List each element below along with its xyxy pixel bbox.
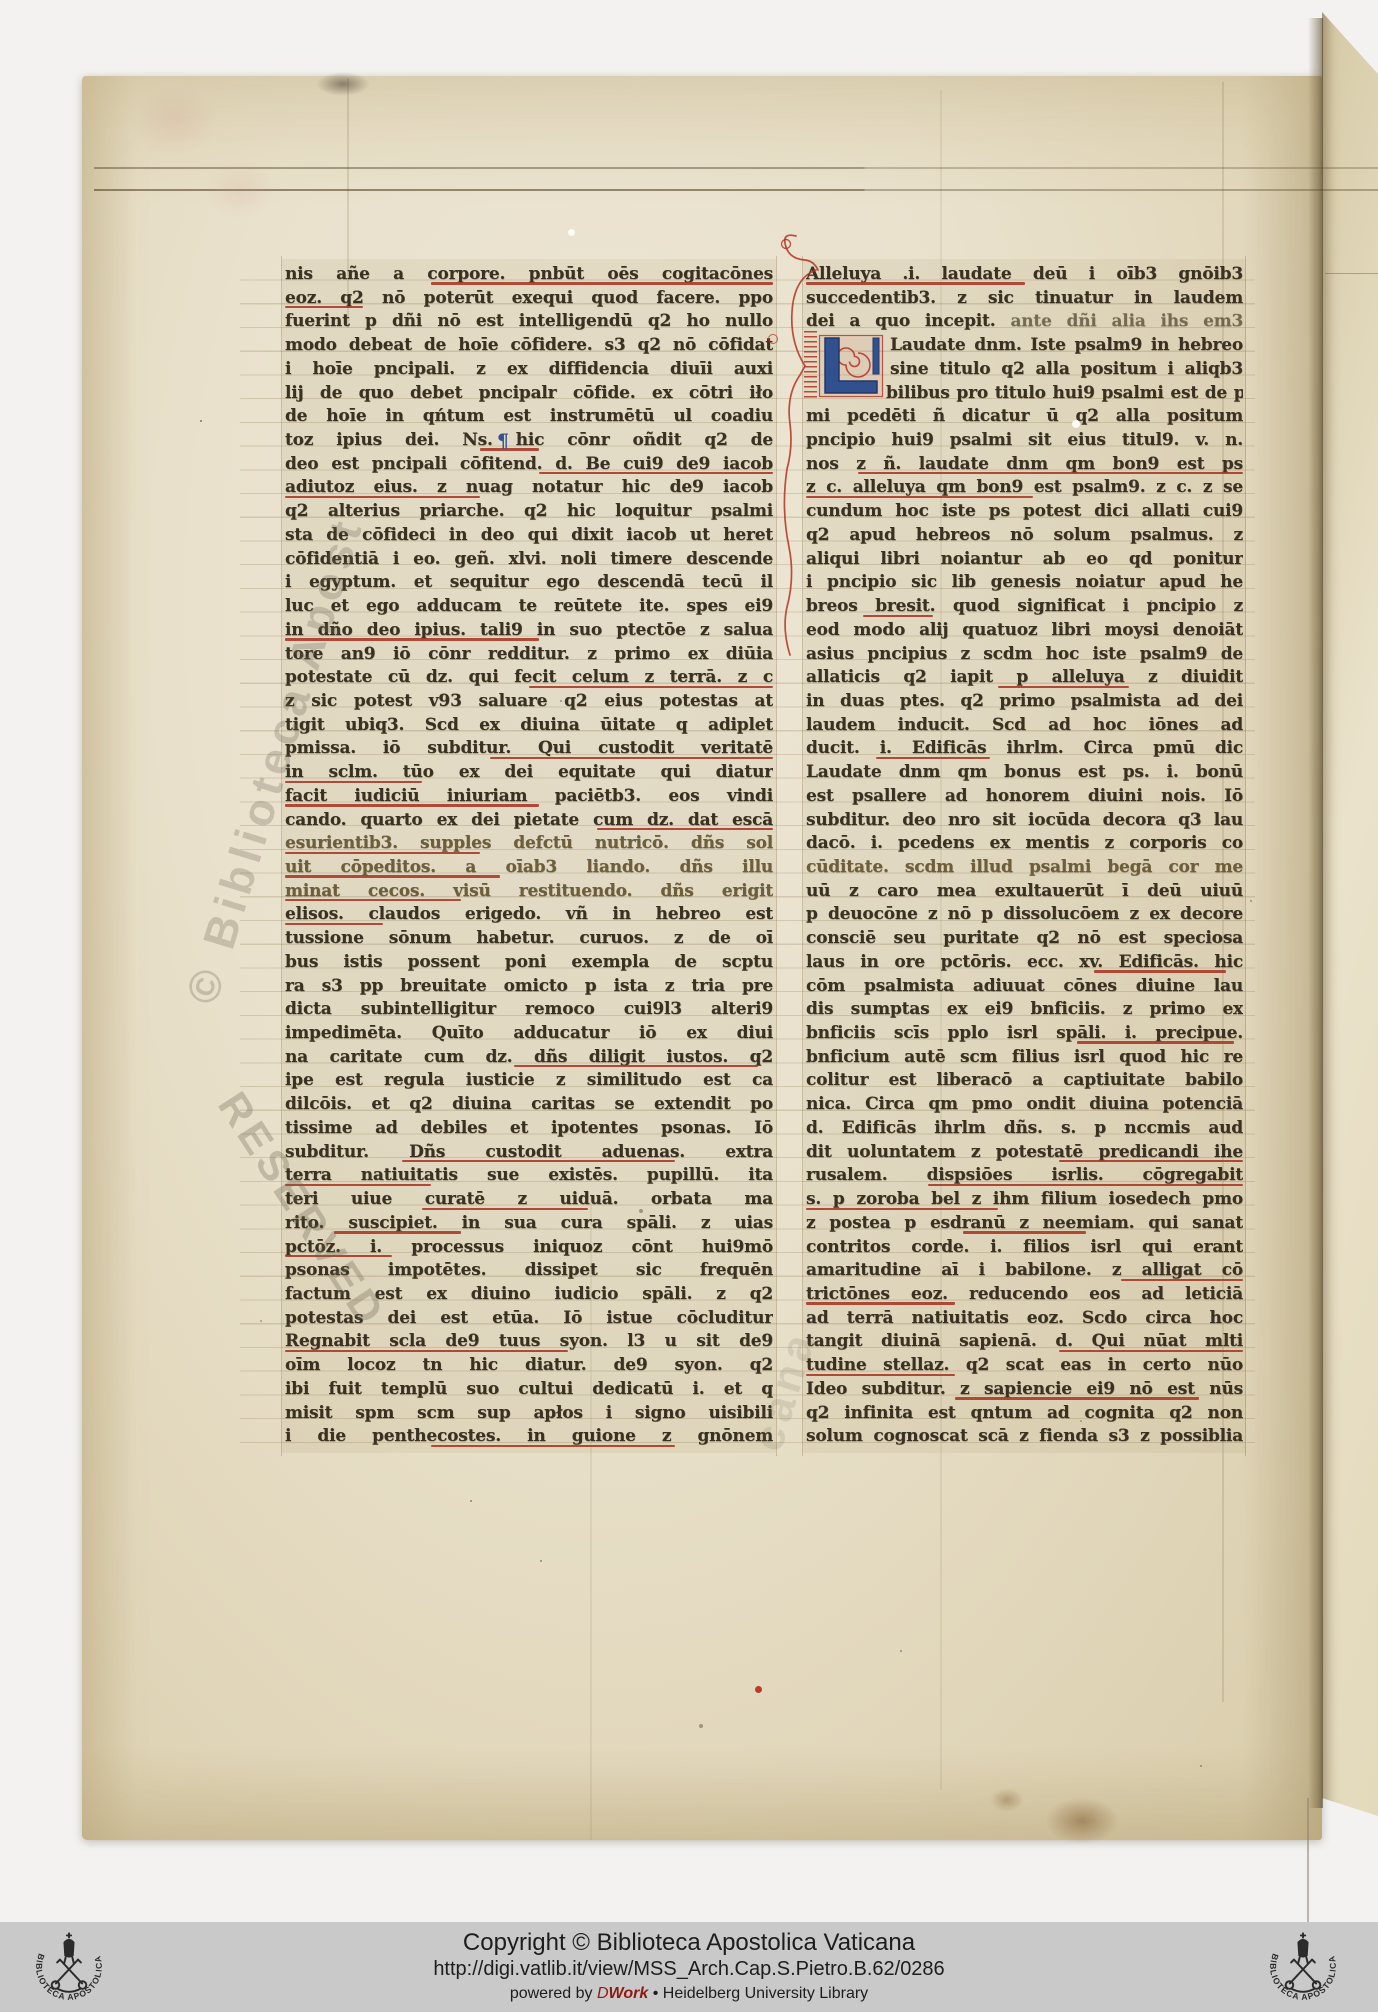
red-underline xyxy=(863,615,933,617)
manuscript-line: solum cognoscat scā z fienda s3 z possib… xyxy=(806,1425,1243,1449)
manuscript-line: toz ipius dei. Ns. hic cōnr oñdit q2 de xyxy=(285,429,773,453)
red-underline xyxy=(490,757,773,759)
manuscript-line: eoz. q2 nō poterūt exequi quod facere. p… xyxy=(285,287,773,311)
manuscript-line: pmissa. iō subditur. Qui custodit verita… xyxy=(285,737,773,761)
manuscript-line: allaticis q2 iapit p alleluya z diuidit xyxy=(806,666,1243,690)
red-underline xyxy=(402,1160,675,1162)
dwork-work: Work xyxy=(609,1985,649,2002)
manuscript-line: luc et ego adducam te reūtete ite. spes … xyxy=(285,595,773,619)
manuscript-line: facit iudiciū iniuriam paciētb3. eos vin… xyxy=(285,785,773,809)
manuscript-line: cando. quarto ex dei pietate cum dz. dat… xyxy=(285,809,773,833)
red-underline xyxy=(806,282,1025,284)
manuscript-line: eod modo alij quatuoz libri moysi denoiā… xyxy=(806,619,1243,643)
manuscript-line: ipe est regula iusticie z similitudo est… xyxy=(285,1069,773,1093)
manuscript-line: p deuocōne z nō p dissolucōem z ex decor… xyxy=(806,903,1243,927)
next-folio-edge xyxy=(1322,8,1378,1823)
manuscript-line: nos z ñ. laudate dnm qm bon9 est ps xyxy=(806,453,1243,477)
red-underline xyxy=(285,804,539,806)
manuscript-line: mi pcedēti ñ dicatur ū q2 alla positum xyxy=(806,405,1243,429)
manuscript-line: laus in ore pctōris. ecc. xv. Edificās. … xyxy=(806,951,1243,975)
manuscript-line: psonas impotētes. dissipet sic frequēn xyxy=(285,1259,773,1283)
manuscript-line: uit cōpeditos. a oīab3 liando. dñs illu xyxy=(285,856,773,880)
manuscript-line: succedentib3. z sic tinuatur in laudem xyxy=(806,287,1243,311)
red-underline xyxy=(431,282,773,284)
manuscript-line: tudine stellaz. q2 scat eas in certo nūo xyxy=(806,1354,1243,1378)
scan-viewport: nis añe a corpore. pnbūt oēs cogitacōnes… xyxy=(0,0,1378,2012)
manuscript-line: adiutoz eius. z nuag notatur hic de9 iac… xyxy=(285,476,773,500)
red-underline xyxy=(928,1184,1243,1186)
manuscript-line: aliqui libri noiantur ab eo qd ponitur xyxy=(806,548,1243,572)
ruling-vertical xyxy=(1245,256,1246,1456)
red-underline xyxy=(285,875,500,877)
manuscript-line: tangit diuinā sapienā. d. Qui nūat mlti xyxy=(806,1330,1243,1354)
manuscript-line: na caritate cum dz. dñs diligit iustos. … xyxy=(285,1046,773,1070)
manuscript-line: i egyptum. et sequitur ego descendā tecū… xyxy=(285,571,773,595)
pen-flourish xyxy=(752,222,826,662)
red-underline xyxy=(963,1231,1085,1233)
manuscript-line: teri uiue curatē z uiduā. orbata ma xyxy=(285,1188,773,1212)
manuscript-line: cōm psalmista adiuuat cōnes diuine lau xyxy=(806,975,1243,999)
manuscript-line: asius pncipius z scdm hoc iste psalm9 de xyxy=(806,643,1243,667)
red-underline xyxy=(1094,970,1225,972)
page-fold-shadow xyxy=(1308,18,1323,1808)
dwork-d: D xyxy=(597,1985,609,2002)
manuscript-line: dilcōis. et q2 diuina caritas se extendi… xyxy=(285,1093,773,1117)
manuscript-line: modo debeat de hoīe cōfidere. s3 q2 nō c… xyxy=(285,334,773,358)
manuscript-line: z sic potest v93 saluare q2 eius potesta… xyxy=(285,690,773,714)
red-margin-mark xyxy=(768,334,778,344)
manuscript-line: q2 infinita est qntum ad cognita q2 non xyxy=(806,1402,1243,1426)
manuscript-line: q2 alterius priarche. q2 hic loquitur ps… xyxy=(285,500,773,524)
ruled-line xyxy=(94,189,1378,191)
manuscript-line: fuerint p dñi nō est intelligendū q2 ho … xyxy=(285,310,773,334)
ruled-line xyxy=(1325,273,1378,274)
manuscript-line: rusalem. dispsiōes isrlis. cōgregabit xyxy=(806,1164,1243,1188)
manuscript-line: ibi fuit templū suo cultui dedicatū i. e… xyxy=(285,1378,773,1402)
red-underline xyxy=(285,306,363,308)
manuscript-line: cundum hoc iste ps potest dici allati cu… xyxy=(806,500,1243,524)
ruling-vertical xyxy=(281,256,282,1456)
manuscript-line: laudem inducit. Scd ad hoc iōnes ad xyxy=(806,714,1243,738)
manuscript-line: lij de quo debet pncipalr cōfide. ex cōt… xyxy=(285,382,773,406)
manuscript-line: est psallere ad honorem diuini nois. Iō xyxy=(806,785,1243,809)
manuscript-line: factum est ex diuino iudicio spāli. z q2 xyxy=(285,1283,773,1307)
manuscript-line: rito. suscipiet. in sua cura spāli. z ui… xyxy=(285,1212,773,1236)
manuscript-line: tigit ubiq3. Scd ex diuina ūitate q adip… xyxy=(285,714,773,738)
manuscript-line: dit uoluntatem z potestatē predicandi ih… xyxy=(806,1141,1243,1165)
manuscript-line: amaritudine aī i babilone. z alligat cō xyxy=(806,1259,1243,1283)
manuscript-line: cōfidentiā i eo. geñ. xlvi. noli timere … xyxy=(285,548,773,572)
red-underline xyxy=(529,686,773,688)
manuscript-line: potestas dei est etūa. Iō istue cōcludit… xyxy=(285,1307,773,1331)
manuscript-line: sta de cōfideci in deo qui dixit iacob u… xyxy=(285,524,773,548)
manuscript-line: dacō. i. pcedens ex mentis z corporis co xyxy=(806,832,1243,856)
red-underline xyxy=(998,686,1129,688)
red-underline xyxy=(955,1397,1200,1399)
red-underline xyxy=(285,923,383,925)
red-underline xyxy=(858,472,1243,474)
manuscript-line: tore an9 iō cōnr redditur. z primo ex di… xyxy=(285,643,773,667)
manuscript-line: z c. alleluya qm bon9 est psalm9. z c. z… xyxy=(806,476,1243,500)
footer-copyright: Copyright © Biblioteca Apostolica Vatica… xyxy=(0,1929,1378,1957)
red-underline xyxy=(539,472,773,474)
manuscript-line: ad terrā natiuitatis eoz. Scdo circa hoc xyxy=(806,1307,1243,1331)
library-credit-text: • Heidelberg University Library xyxy=(648,1985,868,2002)
manuscript-line: minat cecos. visū restituendo. dñs erigi… xyxy=(285,880,773,904)
manuscript-line: Alleluya .i. laudate deū i oīb3 gnōib3 xyxy=(806,263,1243,287)
red-underline xyxy=(806,496,1033,498)
red-underline xyxy=(480,448,539,450)
red-underline xyxy=(1121,1279,1243,1281)
manuscript-line: d. Edificās ihrlm dñs. s. p nccmis aud xyxy=(806,1117,1243,1141)
red-underline xyxy=(806,1374,955,1376)
red-underline xyxy=(597,828,773,830)
red-underline xyxy=(334,1231,461,1233)
manuscript-line: deo est pncipali cōfitend. d. Be cui9 de… xyxy=(285,453,773,477)
manuscript-line: consciē seu puritate q2 nō est speciosa xyxy=(806,927,1243,951)
red-underline xyxy=(806,1208,998,1210)
initial-letter-art xyxy=(818,334,884,398)
manuscript-line: nis añe a corpore. pnbūt oēs cogitacōnes xyxy=(285,263,773,287)
red-underline xyxy=(806,1302,955,1304)
red-underline xyxy=(285,1350,568,1352)
manuscript-line: contritos corde. i. filios isrl qui eran… xyxy=(806,1236,1243,1260)
manuscript-line: esurientib3. supples defctū nutricō. dñs… xyxy=(285,832,773,856)
manuscript-line: Ideo subditur. z sapiencie ei9 nō est nū… xyxy=(806,1378,1243,1402)
red-underline xyxy=(285,1255,392,1257)
manuscript-line: z postea p esdranū z neemiam. qui sanat xyxy=(806,1212,1243,1236)
manuscript-line: oīm locoz tn hic diatur. de9 syon. q2 xyxy=(285,1354,773,1378)
manuscript-line: cūditate. scdm illud psalmi begā cor me xyxy=(806,856,1243,880)
manuscript-line: tussione sōnum habetur. curuos. z de oī xyxy=(285,927,773,951)
red-underline xyxy=(285,852,480,854)
ruled-line xyxy=(94,167,1378,169)
red-underline xyxy=(285,899,461,901)
red-underline xyxy=(1077,1041,1234,1043)
red-underline xyxy=(285,638,539,640)
paraph-mark: ¶ xyxy=(497,430,509,452)
manuscript-line: impedimēta. Quīto adducatur iō ex diui xyxy=(285,1022,773,1046)
manuscript-line: bus istis possent poni exempla de scptu xyxy=(285,951,773,975)
red-underline xyxy=(285,781,422,783)
manuscript-line: Laudate dnm qm bonus est ps. i. bonū xyxy=(806,761,1243,785)
manuscript-line: misit spm scm sup apłos i signo uisibili xyxy=(285,1402,773,1426)
manuscript-line: in sclm. tūo ex dei equitate qui diatur xyxy=(285,761,773,785)
manuscript-line: q2 apud hebreos nō solum psalmus. z xyxy=(806,524,1243,548)
red-underline xyxy=(1059,1160,1243,1162)
manuscript-line: elisos. claudos erigedo. vñ in hebreo es… xyxy=(285,903,773,927)
manuscript-line: s. p zoroba bel z ihm filium iosedech pm… xyxy=(806,1188,1243,1212)
powered-by-text: powered by xyxy=(510,1985,597,2002)
footer-bar: BIBLIOTECA APOSTOLICA VATICANA BIBLIOTEC… xyxy=(0,1922,1378,2012)
page-edge-line xyxy=(1307,1798,1309,1924)
manuscript-line: i hoīe pncipali. z ex diffidencia diuīi … xyxy=(285,358,773,382)
manuscript-line: nica. Circa qm pmo ondit diuina potenciā xyxy=(806,1093,1243,1117)
red-underline xyxy=(431,1445,675,1447)
illuminated-initial xyxy=(818,334,884,398)
manuscript-line: subditur. Dñs custodit aduenas. extra xyxy=(285,1141,773,1165)
red-underline xyxy=(422,1208,588,1210)
manuscript-line: de hoīe in qńtum est instrumētū ul coadi… xyxy=(285,405,773,429)
footer-url: http://digi.vatlib.it/view/MSS_Arch.Cap.… xyxy=(0,1958,1378,1981)
manuscript-line: terra natiuitatis sue existēs. pupillū. … xyxy=(285,1164,773,1188)
red-underline xyxy=(514,1065,758,1067)
manuscript-line: dei a quo incepit. ante dñi alia ihs em3 xyxy=(806,310,1243,334)
manuscript-line: uū z caro mea exultauerūt ī deū uiuū xyxy=(806,880,1243,904)
manuscript-line: ducit. i. Edificās ihrlm. Circa pmū dic xyxy=(806,737,1243,761)
manuscript-line: i pncipio sic lib genesis noiatur apud h… xyxy=(806,571,1243,595)
red-underline xyxy=(285,496,480,498)
manuscript-line: subditur. deo nro sit iocūda decora q3 l… xyxy=(806,809,1243,833)
manuscript-line: pncipio hui9 psalmi sit eius titul9. v. … xyxy=(806,429,1243,453)
manuscript-line: tissime ad debiles et ipotentes psonas. … xyxy=(285,1117,773,1141)
red-underline xyxy=(876,757,990,759)
manuscript-line: in duas ptes. q2 primo psalmista ad dei xyxy=(806,690,1243,714)
manuscript-line: Regnabit scla de9 tuus syon. l3 u sit de… xyxy=(285,1330,773,1354)
manuscript-line: ra s3 pp breuitate omicto p ista z tria … xyxy=(285,975,773,999)
manuscript-line: bnficiis scīs pplo isrl spāli. i. precip… xyxy=(806,1022,1243,1046)
red-underline xyxy=(285,1184,431,1186)
dwork-brand: DWork xyxy=(597,1985,648,2002)
manuscript-line: bnficium autē scm filius isrl quod hic r… xyxy=(806,1046,1243,1070)
manuscript-line: pctōz. i. processus iniquoz cōnt hui9mō xyxy=(285,1236,773,1260)
manuscript-line: colitur est liberacō a captiuitate babil… xyxy=(806,1069,1243,1093)
footer-powered-by: powered by DWork • Heidelberg University… xyxy=(0,1985,1378,2003)
manuscript-line: dicta subintelligitur remoco cui9l3 alte… xyxy=(285,998,773,1022)
manuscript-line: dis sumptas ex ei9 bnficiis. z primo ex xyxy=(806,998,1243,1022)
manuscript-line: trictōnes eoz. reducendo eos ad leticiā xyxy=(806,1283,1243,1307)
red-underline xyxy=(1059,1350,1243,1352)
manuscript-line: i die penthecostes. in guione z gnōnem xyxy=(285,1425,773,1449)
manuscript-line: breos bresit. quod significat i pncipio … xyxy=(806,595,1243,619)
manuscript-line: in dño deo ipius. tali9 in suo ptectōe z… xyxy=(285,619,773,643)
manuscript-line: potestate cū dz. qui fecit celum z terrā… xyxy=(285,666,773,690)
